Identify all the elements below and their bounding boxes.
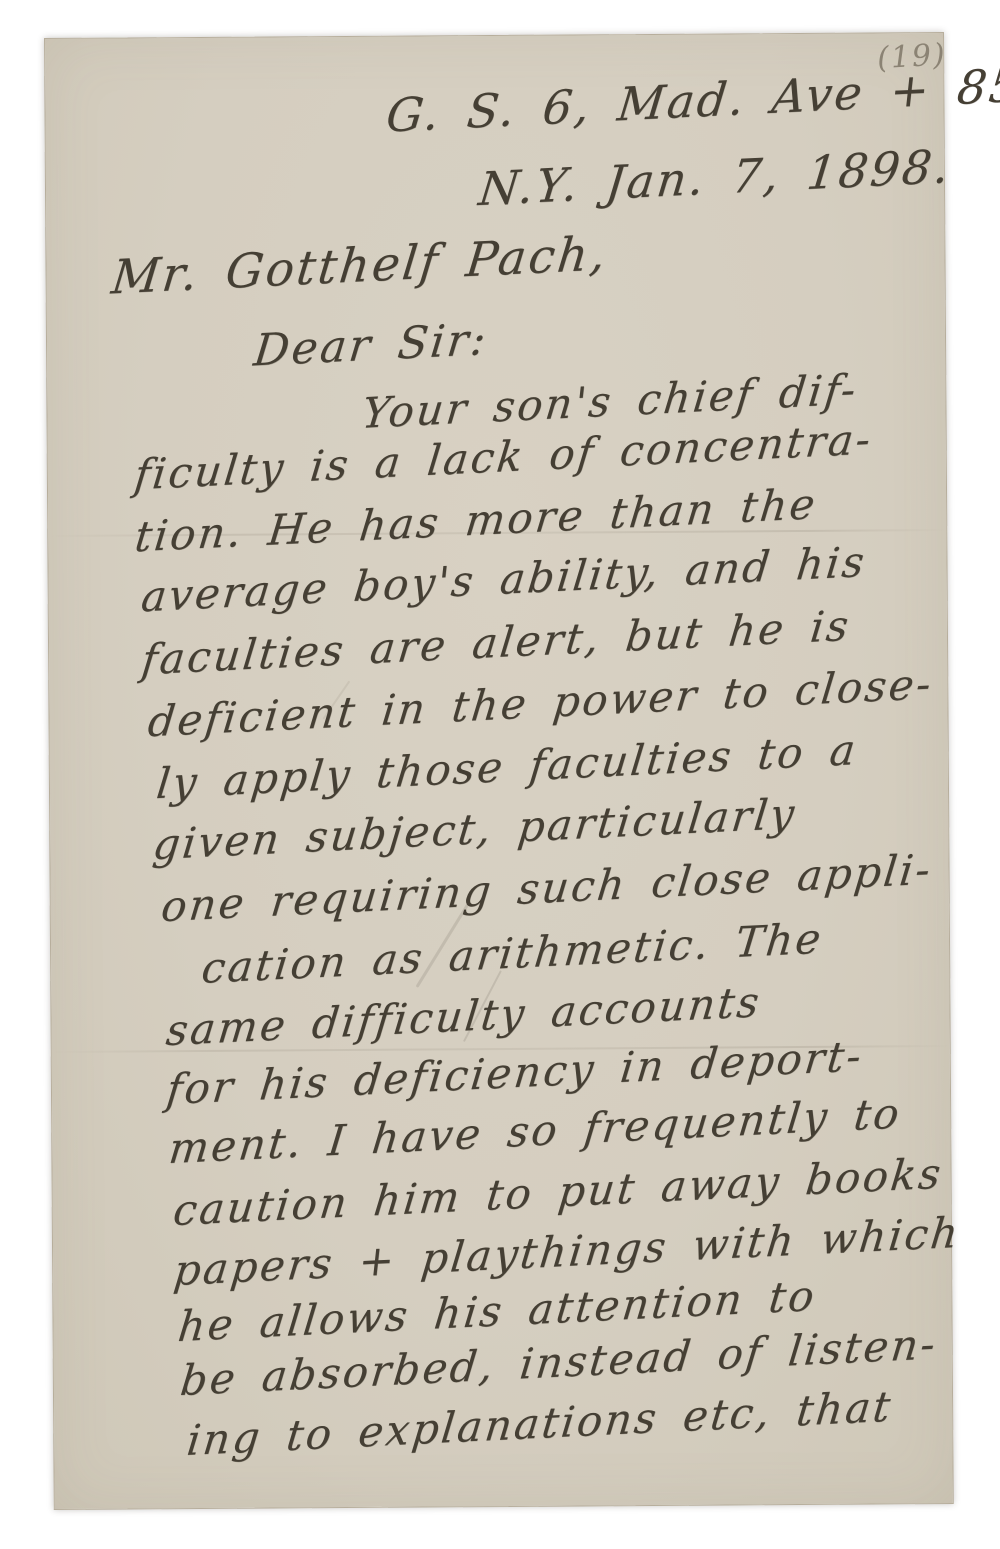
letter-date-line: N.Y. Jan. 7, 1898. — [476, 139, 954, 216]
letter-address-line: G. S. 6, Mad. Ave + 85 st. — [384, 53, 1000, 143]
scan-background: (19) G. S. 6, Mad. Ave + 85 st. N.Y. Jan… — [0, 0, 1000, 1549]
letter-recipient: Mr. Gotthelf Pach, — [109, 226, 611, 305]
letter-paper: (19) G. S. 6, Mad. Ave + 85 st. N.Y. Jan… — [44, 32, 954, 1510]
letter-salutation: Dear Sir: — [251, 314, 490, 377]
